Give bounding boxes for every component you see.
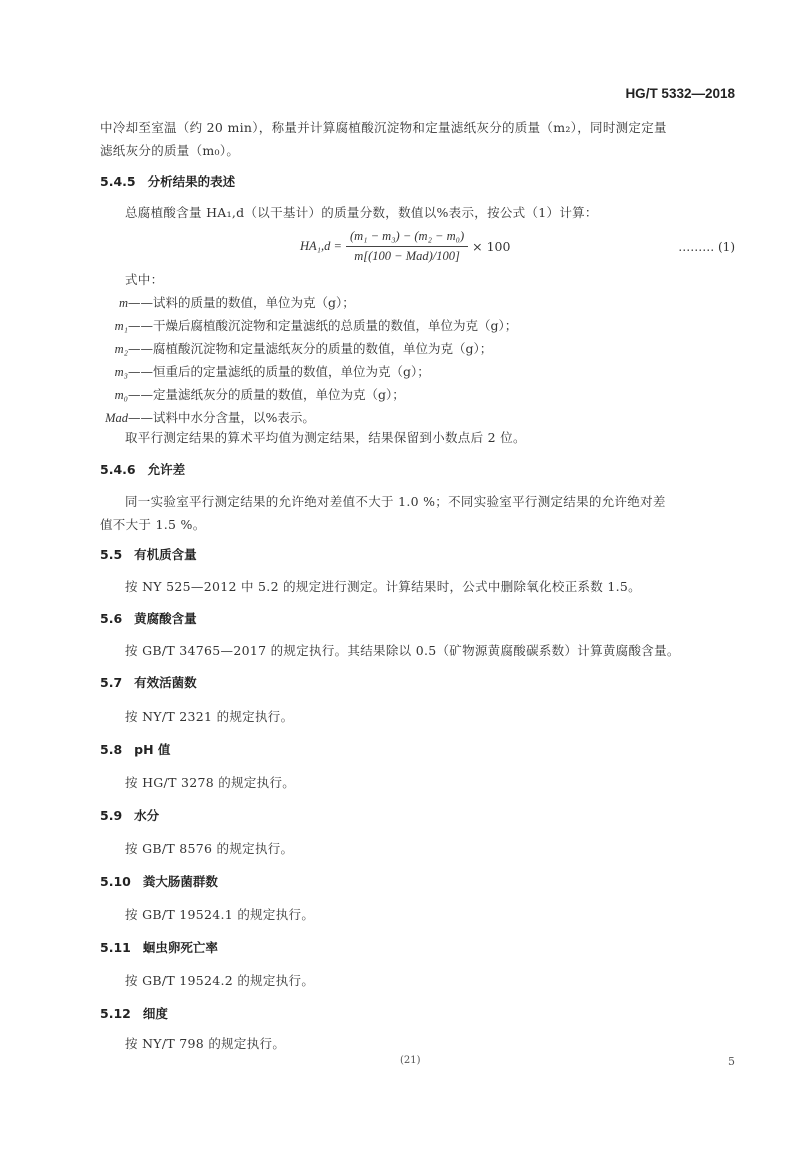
variable-row: Mad——试料中水分含量，以%表示。: [92, 408, 315, 426]
s511-text: 按 GB/T 19524.2 的规定执行。: [125, 971, 314, 989]
section-heading-5-11: 5.11蛔虫卵死亡率: [100, 938, 218, 956]
footer-sheet-number: (21): [400, 1055, 421, 1066]
s55-text: 按 NY 525—2012 中 5.2 的规定进行测定。计算结果时，公式中删除氧…: [125, 577, 641, 595]
s546-line-1: 同一实验室平行测定结果的允许绝对差值不大于 1.0 %；不同实验室平行测定结果的…: [125, 492, 666, 510]
s56-text: 按 GB/T 34765—2017 的规定执行。其结果除以 0.5（矿物源黄腐酸…: [125, 641, 680, 659]
variable-row: m₀——定量滤纸灰分的质量的数值，单位为克（g）；: [92, 385, 405, 403]
s510-text: 按 GB/T 19524.1 的规定执行。: [125, 905, 314, 923]
formula-multiplier: × 100: [472, 239, 510, 254]
s59-text: 按 GB/T 8576 的规定执行。: [125, 839, 293, 857]
section-heading-5-6: 5.6黄腐酸含量: [100, 609, 197, 627]
standard-code: HG/T 5332—2018: [625, 86, 735, 101]
section-heading-5-10: 5.10粪大肠菌群数: [100, 872, 218, 890]
intro-line-2: 滤纸灰分的质量（m₀）。: [100, 141, 239, 159]
equation-number: ……… (1): [678, 240, 735, 254]
variable-row: m₃——恒重后的定量滤纸的质量的数值，单位为克（g）；: [92, 362, 430, 380]
section-heading-5-4-6: 5.4.6允许差: [100, 460, 185, 478]
where-label: 式中：: [125, 270, 163, 288]
section-heading-5-4-5: 5.4.5分析结果的表述: [100, 172, 235, 190]
formula-denominator: m[(100 − Mad)/100]: [350, 247, 464, 264]
section-number: 5.4.5: [100, 174, 136, 189]
s57-text: 按 NY/T 2321 的规定执行。: [125, 707, 293, 725]
section-title: 分析结果的表述: [148, 174, 236, 189]
section-heading-5-5: 5.5有机质含量: [100, 545, 197, 563]
s545-conclusion: 取平行测定结果的算术平均值为测定结果，结果保留到小数点后 2 位。: [125, 428, 526, 446]
formula-lhs: HA₁,d =: [300, 239, 342, 254]
formula-numerator: (m₁ − m₃) − (m₂ − m₀): [346, 229, 468, 247]
page-number: 5: [728, 1055, 735, 1068]
s58-text: 按 HG/T 3278 的规定执行。: [125, 773, 295, 791]
s546-line-2: 值不大于 1.5 %。: [100, 515, 206, 533]
s512-text: 按 NY/T 798 的规定执行。: [125, 1034, 285, 1052]
intro-line-1: 中冷却至室温（约 20 min），称量并计算腐植酸沉淀物和定量滤纸灰分的质量（m…: [100, 118, 667, 136]
section-heading-5-7: 5.7有效活菌数: [100, 673, 197, 691]
formula-fraction: (m₁ − m₃) − (m₂ − m₀) m[(100 − Mad)/100]: [346, 229, 468, 264]
section-heading-5-8: 5.8pH 值: [100, 740, 170, 758]
variable-row: m——试料的质量的数值，单位为克（g）；: [92, 293, 355, 311]
variable-row: m₁——干燥后腐植酸沉淀物和定量滤纸的总质量的数值，单位为克（g）；: [92, 316, 517, 334]
formula-1: HA₁,d = (m₁ − m₃) − (m₂ − m₀) m[(100 − M…: [300, 226, 510, 266]
document-page: HG/T 5332—2018 中冷却至室温（约 20 min），称量并计算腐植酸…: [0, 0, 807, 1166]
s545-paragraph: 总腐植酸含量 HA₁,d（以干基计）的质量分数，数值以%表示，按公式（1）计算：: [125, 203, 598, 221]
section-heading-5-12: 5.12细度: [100, 1004, 168, 1022]
section-heading-5-9: 5.9水分: [100, 806, 159, 824]
variable-row: m₂——腐植酸沉淀物和定量滤纸灰分的质量的数值，单位为克（g）；: [92, 339, 492, 357]
